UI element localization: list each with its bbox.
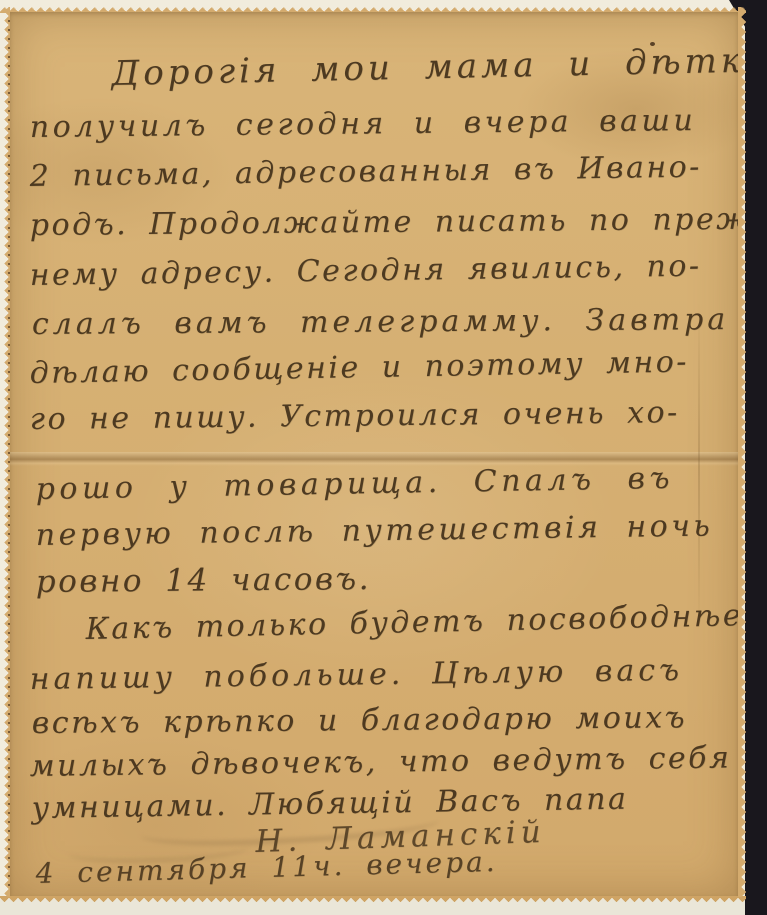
letter-line: всѣхъ крѣпко и благодарю моихъ bbox=[32, 700, 687, 741]
vertical-crease bbox=[698, 302, 700, 632]
letter-line: слалъ вамъ телеграмму. Завтра bbox=[32, 302, 730, 342]
letter-line: Какъ только будетъ посвободнѣе, bbox=[85, 598, 738, 647]
letter-line: нему адресу. Сегодня явились, по- bbox=[30, 249, 702, 293]
letter-line: напишу побольше. Цѣлую васъ bbox=[30, 653, 684, 697]
letter-line: го не пишу. Устроился очень хо- bbox=[30, 395, 680, 437]
scanned-photo: Дорогія мои мама и дѣтки, получилъ сегод… bbox=[0, 0, 767, 915]
letter-card: Дорогія мои мама и дѣтки, получилъ сегод… bbox=[10, 12, 738, 896]
letter-line: дѣлаю сообщеніе и поэтому мно- bbox=[29, 344, 689, 391]
letter-line: первую послѣ путешествія ночь bbox=[36, 509, 714, 553]
perforation-bottom bbox=[0, 896, 746, 902]
letter-line: родъ. Продолжайте писать по преж- bbox=[30, 202, 738, 243]
photo-dark-edge bbox=[745, 0, 767, 915]
letter-line-salutation: Дорогія мои мама и дѣтки, bbox=[111, 40, 738, 94]
letter-line: 2 письма, адресованныя въ Ивано- bbox=[30, 150, 703, 194]
letter-line: милыхъ дѣвочекъ, что ведутъ себя bbox=[30, 740, 732, 784]
letter-line: ровно 14 часовъ. bbox=[36, 561, 371, 600]
perforation-right bbox=[738, 7, 746, 897]
letter-line: получилъ сегодня и вчера ваши bbox=[30, 103, 697, 145]
letter-line: рошо у товарища. Спалъ въ bbox=[35, 461, 674, 507]
